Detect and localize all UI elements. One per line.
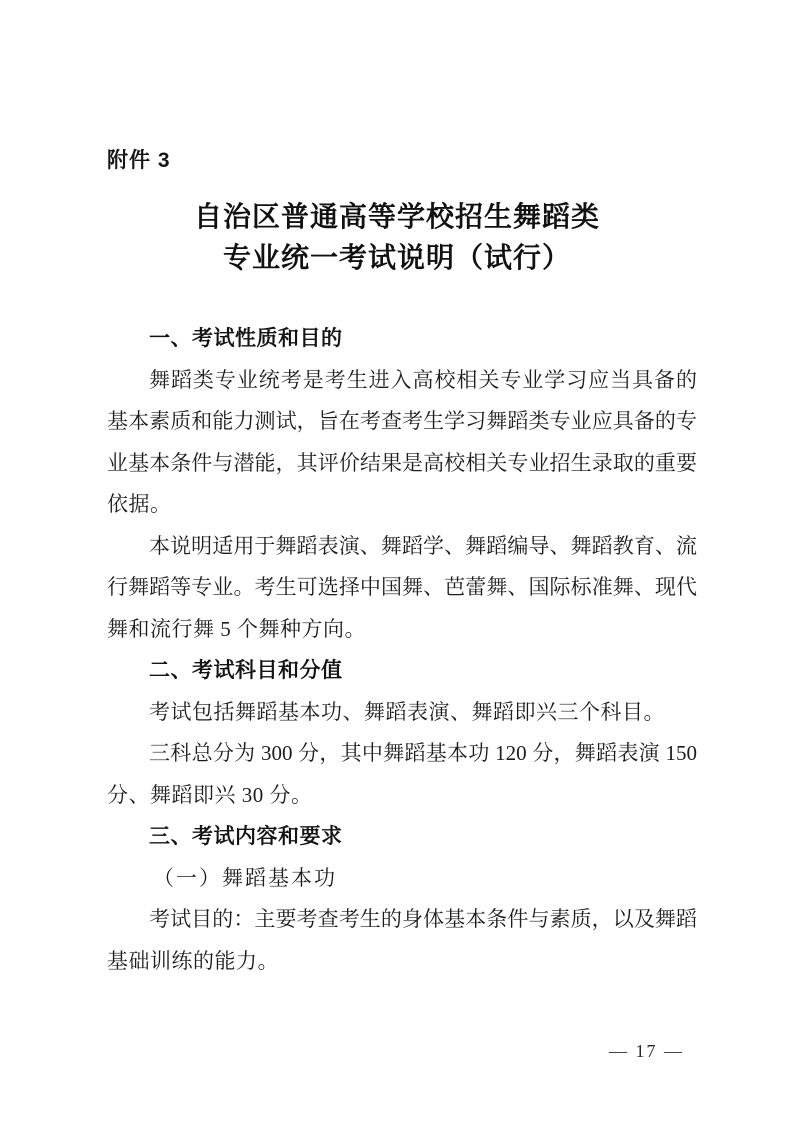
paragraph-line: 舞蹈类专业统考是考生进入高校相关专业学习应当具备的 (107, 360, 697, 402)
sub-section-heading: （一）舞蹈基本功 (107, 858, 697, 900)
document-body: 一、考试性质和目的舞蹈类专业统考是考生进入高校相关专业学习应当具备的基本素质和能… (107, 318, 697, 982)
paragraph-line: 依据。 (107, 484, 697, 526)
document-page: 附件 3 自治区普通高等学校招生舞蹈类 专业统一考试说明（试行） 一、考试性质和… (0, 0, 794, 1123)
section-heading: 二、考试科目和分值 (107, 650, 697, 692)
paragraph-line: 业基本条件与潜能，其评价结果是高校相关专业招生录取的重要 (107, 443, 697, 485)
page-number: — 17 — (609, 1041, 684, 1062)
paragraph-line: 三科总分为 300 分，其中舞蹈基本功 120 分，舞蹈表演 150 (107, 733, 697, 775)
title-line-2: 专业统一考试说明（试行） (0, 238, 794, 279)
paragraph-line: 舞和流行舞 5 个舞种方向。 (107, 609, 697, 651)
section-heading: 三、考试内容和要求 (107, 816, 697, 858)
title-line-1: 自治区普通高等学校招生舞蹈类 (0, 197, 794, 238)
attachment-label: 附件 3 (107, 144, 171, 174)
paragraph-line: 基本素质和能力测试，旨在考查考生学习舞蹈类专业应具备的专 (107, 401, 697, 443)
paragraph-line: 考试包括舞蹈基本功、舞蹈表演、舞蹈即兴三个科目。 (107, 692, 697, 734)
paragraph-line: 分、舞蹈即兴 30 分。 (107, 775, 697, 817)
paragraph-line: 行舞蹈等专业。考生可选择中国舞、芭蕾舞、国际标准舞、现代 (107, 567, 697, 609)
paragraph-line: 考试目的：主要考查考生的身体基本条件与素质，以及舞蹈 (107, 899, 697, 941)
paragraph-line: 基础训练的能力。 (107, 941, 697, 983)
paragraph-line: 本说明适用于舞蹈表演、舞蹈学、舞蹈编导、舞蹈教育、流 (107, 526, 697, 568)
section-heading: 一、考试性质和目的 (107, 318, 697, 360)
document-title: 自治区普通高等学校招生舞蹈类 专业统一考试说明（试行） (0, 197, 794, 279)
